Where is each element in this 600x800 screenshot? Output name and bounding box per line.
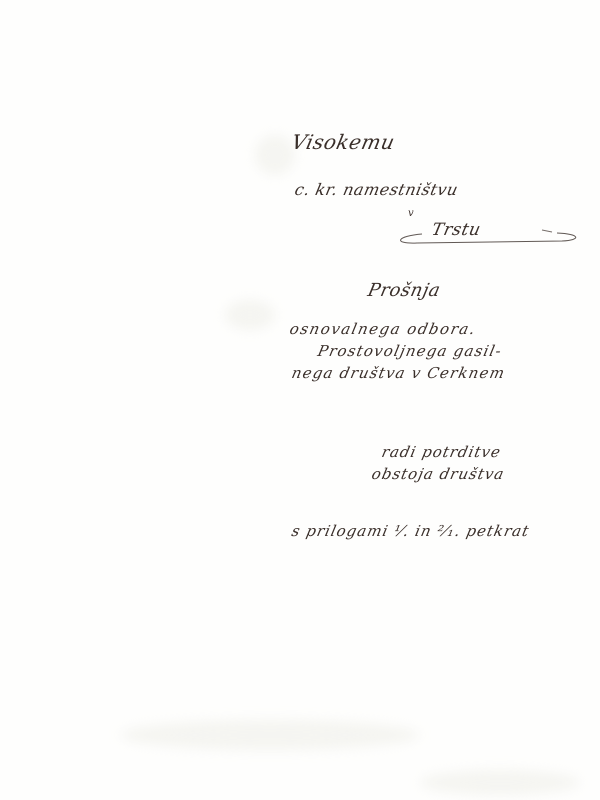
paper-stain — [420, 770, 580, 795]
document-page: Visokemu c. kr. namestništvu v Trstu Pro… — [0, 0, 600, 800]
body-line-2: Prostovoljnega gasil- — [316, 342, 504, 360]
attachments-line: s prilogami ⅟. in ²⁄₁. petkrat — [290, 522, 531, 540]
flourish-underline-icon — [392, 224, 582, 248]
paper-stain — [225, 300, 275, 330]
addressee-line: Visokemu — [289, 130, 397, 154]
authority-line: c. kr. namestništvu — [293, 180, 460, 199]
place-prefix: v — [408, 208, 414, 219]
purpose-line-1: radi potrditve — [380, 443, 503, 461]
body-line-3: nega društva v Cerknem — [290, 364, 507, 382]
purpose-line-2: obstoja društva — [370, 465, 506, 483]
body-line-1: osnovalnega odbora. — [288, 320, 478, 338]
paper-stain — [120, 720, 420, 750]
document-title: Prošnja — [366, 280, 443, 301]
place-line: Trstu — [430, 220, 483, 240]
paper-stain — [255, 135, 295, 175]
